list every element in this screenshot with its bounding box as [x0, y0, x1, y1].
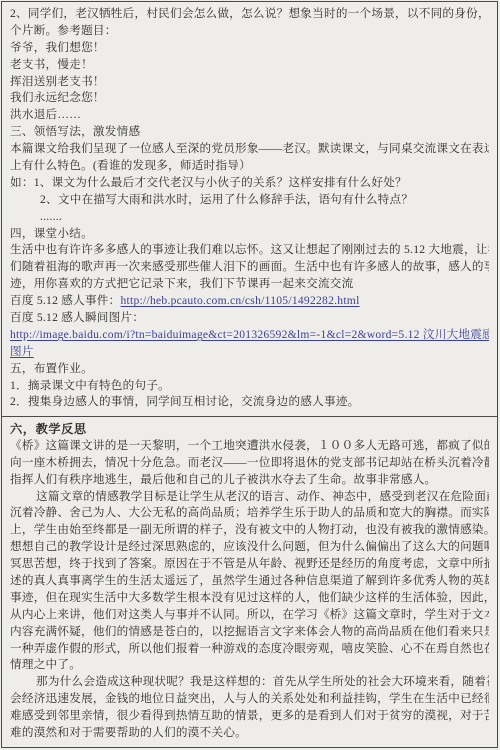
text-line: 本篇课文给我们呈现了一位感人至深的党员形象——老汉。默读课文，与同桌交流课文在表… [10, 141, 489, 158]
text-line: ....... [10, 209, 489, 226]
text-line: 上有什么特色。(看谁的发现多，师适时指导） [10, 158, 489, 175]
text-line: http://image.baidu.com/i?tn=baiduimage&c… [10, 327, 489, 344]
document-table-border: 2、同学们，老汉牺牲后，村民们会怎么做，怎么说？想象当时的一个场景，以不同的身份… [1, 1, 498, 748]
text-line: 爷爷，我们想您！ [10, 40, 489, 57]
text-line: 难感受到邻里亲情，很少看得到热情互助的情景，更多的是看到人们对于贫穷的漠视，对于… [10, 708, 489, 725]
text-line: 述的真人真事离学生的生活太遥远了，虽然学生通过各种信息渠道了解到许多优秀人物的英… [10, 573, 489, 590]
lesson-plan-cell: 2、同学们，老汉牺牲后，村民们会怎么做，怎么说？想象当时的一个场景，以不同的身份… [2, 2, 497, 416]
heading-section-four: 四，课堂小结。 [10, 226, 489, 243]
text-line: 1．摘录课文中有特色的句子。 [10, 378, 489, 395]
text-line: 老支书，慢走！ [10, 57, 489, 74]
text-line: 洪水退后…… [10, 107, 489, 124]
text-line: 生活中也有许许多多感人的事迹让我们难以忘怀。这又让想起了刚刚过去的 5.12 大… [10, 242, 489, 259]
teaching-reflection-cell: 六，教学反思《桥》这篇课文讲的是一天黎明，一个工地突遭洪水侵袭，１００多人无路可… [2, 416, 497, 747]
text-line: 情理之中了。 [10, 657, 489, 674]
text-line: 想想自己的教学设计是经过深思熟虑的，应该没什么问题，但为什么偏偏出了这么大的问题… [10, 539, 489, 556]
heading-section-three: 三、领悟写法，激发情感 [10, 124, 489, 141]
text-line: 事迹，但在现实生活中大多数学生根本没有见过这样的人，他们缺少这样的生活体验，因此… [10, 590, 489, 607]
link-baidu-image-search[interactable]: http://image.baidu.com/i?tn=baiduimage&c… [10, 328, 489, 341]
heading-teaching-reflection: 六，教学反思 [10, 421, 489, 438]
heading-section-five: 五，布置作业。 [10, 361, 489, 378]
text-line: 百度 5.12 感人瞬间图片： [10, 310, 489, 327]
text-line: 百度 5.12 感人事件：http://heb.pcauto.com.cn/cs… [10, 293, 489, 310]
text-line: 沉着冷静、舍己为人、大公无私的高尚品质；培养学生乐于助人的品质和宽大的胸襟。而实… [10, 505, 489, 522]
text-line: 从内心上来讲，他们对这类人与事并不认同。所以，在学习《桥》这篇文章时，学生对于文… [10, 607, 489, 624]
text-line: 我们永远纪念您！ [10, 90, 489, 107]
link-baidu-image-search-continued[interactable]: 图片 [10, 345, 34, 358]
text-line: 2、文中在描写大雨和洪水时，运用了什么修辞手法，语句有什么特点？ [10, 192, 489, 209]
text-line: 挥泪送别老支书！ [10, 74, 489, 91]
text-line: 上，学生由始至终都是一副无所谓的样子，没有被文中的人物打动，也没有被我的激情感染… [10, 522, 489, 539]
text-line: 难的漠然和对于需要帮助的人们的漠不关心。 [10, 725, 489, 742]
text-line: 冥思苦想，终于找到了答案。原因在于不管是从年龄、视野还是经历的角度考虑，文章中所… [10, 556, 489, 573]
text-line: 内容充满怀疑，他们的情感是苍白的，以挖掘语言文字来体会人物的高尚品质在他们看来只… [10, 624, 489, 641]
text-line: 个片断。参考题目： [10, 23, 489, 40]
link-pcauto-512-events[interactable]: http://heb.pcauto.com.cn/csh/1105/149228… [121, 294, 360, 307]
text-line: 一种弄虚作假的形式，所以他们报着一种游戏的态度冷眼旁观，嘻皮笑脸、心不在焉自然也… [10, 641, 489, 658]
text-line: 向一座木桥拥去，情况十分危急。而老汉——一位即将退休的党支部书记却站在桥头沉着冷… [10, 455, 489, 472]
text-line: 2、同学们，老汉牺牲后，村民们会怎么做，怎么说？想象当时的一个场景，以不同的身份… [10, 6, 489, 23]
text-line: 如：1、课文为什么最后才交代老汉与小伙子的关系？这样安排有什么好处？ [10, 175, 489, 192]
text-line: 迹，用你喜欢的方式把它记录下来，我们下节课再一起来交流交流 [10, 276, 489, 293]
text-line: 那为什么会造成这种现状呢？我是这样想的：首先从学生所处的社会大环境来看，随着社 [10, 674, 489, 691]
document-page: 2、同学们，老汉牺牲后，村民们会怎么做，怎么说？想象当时的一个场景，以不同的身份… [0, 0, 500, 750]
text-line: 这篇文章的情感教学目标是让学生从老汉的语言、动作、神态中，感受到老汉在危险面前 [10, 489, 489, 506]
text-line: 们随着祖海的歌声再一次来感受那些催人泪下的画面。生活中也有许多感人的故事，感人的… [10, 259, 489, 276]
link-label-text: 百度 5.12 感人事件： [10, 294, 121, 307]
text-line: 指挥人们有秩序地逃生，最后他和自己的儿子被洪水夺去了生命。故事非常感人。 [10, 472, 489, 489]
text-line: 图片 [10, 344, 489, 361]
text-line: 2．搜集身边感人的事情，同学间互相讨论，交流身边的感人事迹。 [10, 394, 489, 411]
text-line: 会经济迅速发展，金钱的地位日益突出，人与人的关系处处和利益挂钩，学生在生活中已经… [10, 691, 489, 708]
text-line: 《桥》这篇课文讲的是一天黎明，一个工地突遭洪水侵袭，１００多人无路可逃，都疯了似… [10, 438, 489, 455]
